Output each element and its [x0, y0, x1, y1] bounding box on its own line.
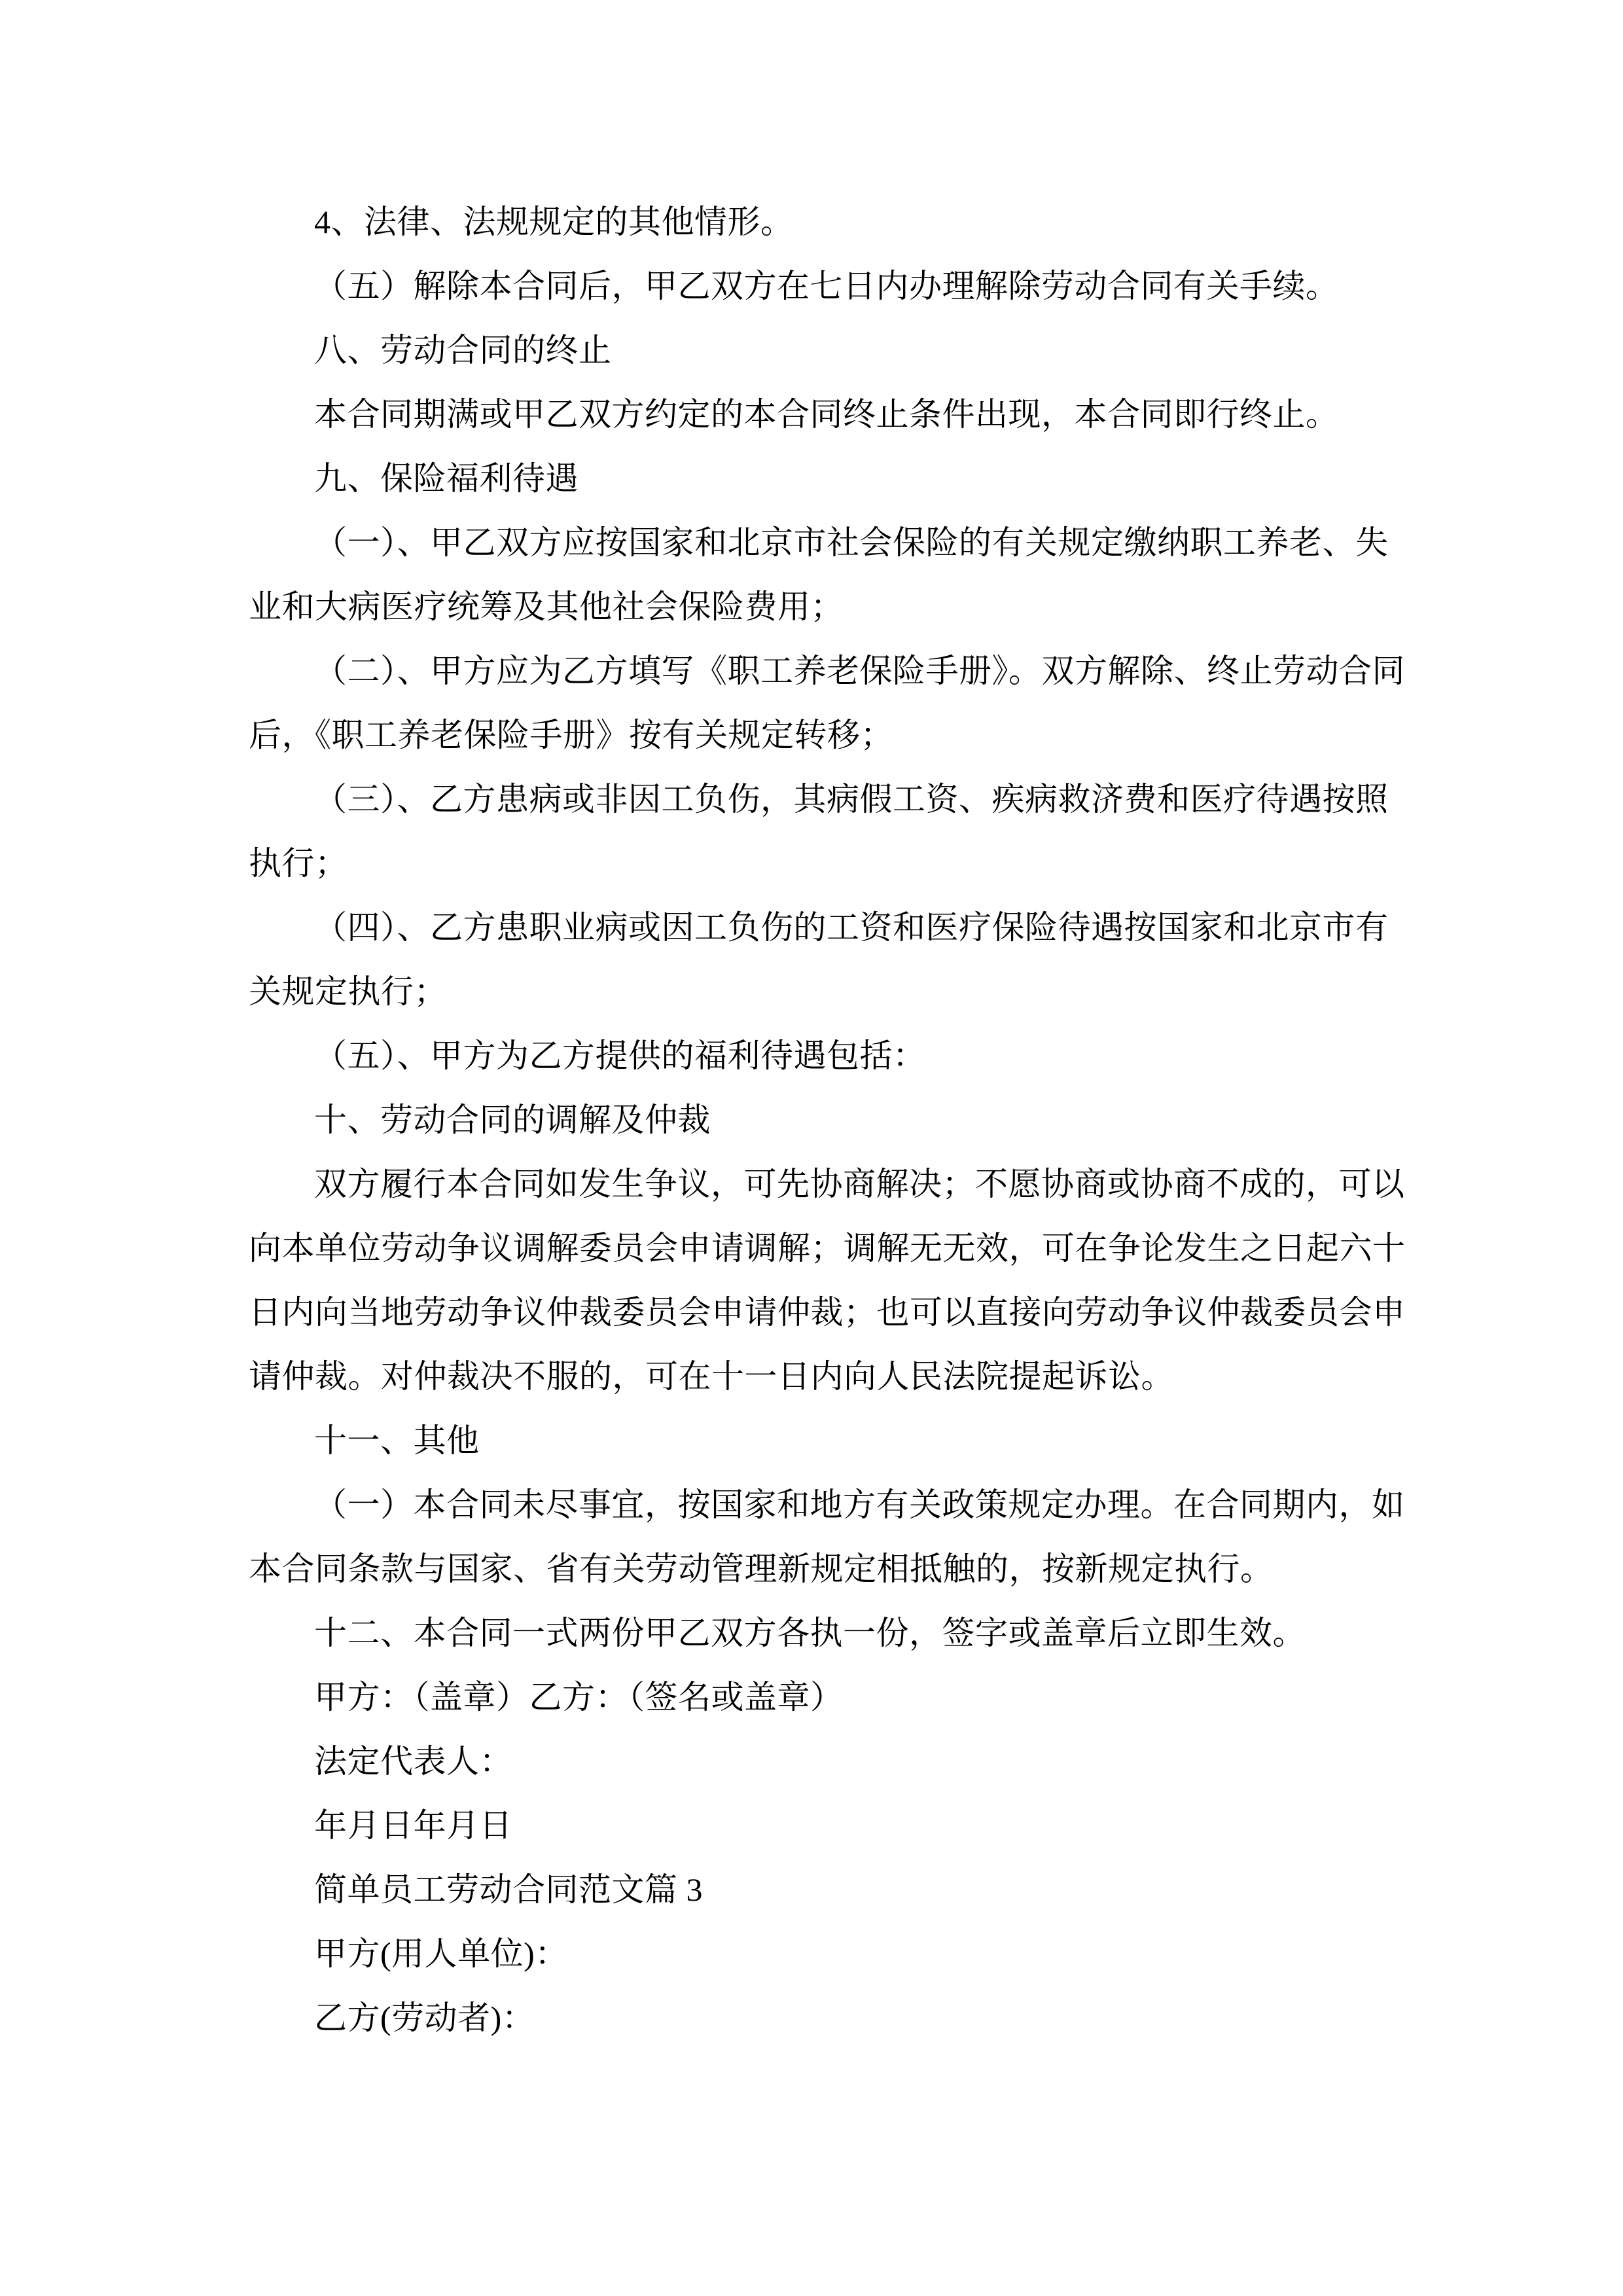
text-line: （四）、乙方患职业病或因工负伤的工资和医疗保险待遇按国家和北京市有: [249, 895, 1387, 960]
document-page: 4、法律、法规规定的其他情形。（五）解除本合同后，甲乙双方在七日内办理解除劳动合…: [0, 0, 1623, 2296]
text-line: 请仲裁。对仲裁决不服的，可在十一日内向人民法院提起诉讼。: [249, 1344, 1387, 1408]
text-line: 十二、本合同一式两份甲乙双方各执一份，签字或盖章后立即生效。: [249, 1601, 1387, 1665]
text-line: 双方履行本合同如发生争议，可先协商解决；不愿协商或协商不成的，可以: [249, 1152, 1387, 1216]
text-line: 年月日年月日: [249, 1793, 1387, 1857]
text-line: 九、保险福利待遇: [249, 446, 1387, 511]
text-line: （二）、甲方应为乙方填写《职工养老保险手册》。双方解除、终止劳动合同: [249, 639, 1387, 703]
text-line: 向本单位劳动争议调解委员会申请调解；调解无无效，可在争论发生之日起六十: [249, 1216, 1387, 1280]
text-line: （一）、甲乙双方应按国家和北京市社会保险的有关规定缴纳职工养老、失: [249, 511, 1387, 575]
text-line: 乙方(劳动者)：: [249, 1986, 1387, 2050]
text-line: 甲方：（盖章）乙方：（签名或盖章）: [249, 1665, 1387, 1729]
text-line: 法定代表人：: [249, 1729, 1387, 1793]
text-line: 4、法律、法规规定的其他情形。: [249, 190, 1387, 254]
text-line: （五）解除本合同后，甲乙双方在七日内办理解除劳动合同有关手续。: [249, 254, 1387, 318]
text-line: 十、劳动合同的调解及仲裁: [249, 1088, 1387, 1152]
text-line: （一）本合同未尽事宜，按国家和地方有关政策规定办理。在合同期内，如: [249, 1473, 1387, 1537]
document-lines: 4、法律、法规规定的其他情形。（五）解除本合同后，甲乙双方在七日内办理解除劳动合…: [249, 190, 1387, 2050]
text-line: （五）、甲方为乙方提供的福利待遇包括：: [249, 1024, 1387, 1088]
text-line: 执行；: [249, 831, 1387, 895]
text-line: 简单员工劳动合同范文篇 3: [249, 1857, 1387, 1922]
text-line: 后，《职工养老保险手册》按有关规定转移；: [249, 703, 1387, 767]
text-line: 八、劳动合同的终止: [249, 318, 1387, 382]
text-line: 业和大病医疗统筹及其他社会保险费用；: [249, 575, 1387, 639]
text-line: 十一、其他: [249, 1408, 1387, 1473]
text-line: 关规定执行；: [249, 960, 1387, 1024]
text-line: 本合同条款与国家、省有关劳动管理新规定相抵触的，按新规定执行。: [249, 1537, 1387, 1601]
text-line: 日内向当地劳动争议仲裁委员会申请仲裁；也可以直接向劳动争议仲裁委员会申: [249, 1280, 1387, 1344]
text-line: 本合同期满或甲乙双方约定的本合同终止条件出现，本合同即行终止。: [249, 382, 1387, 446]
text-line: 甲方(用人单位)：: [249, 1922, 1387, 1986]
text-line: （三）、乙方患病或非因工负伤，其病假工资、疾病救济费和医疗待遇按照: [249, 767, 1387, 831]
